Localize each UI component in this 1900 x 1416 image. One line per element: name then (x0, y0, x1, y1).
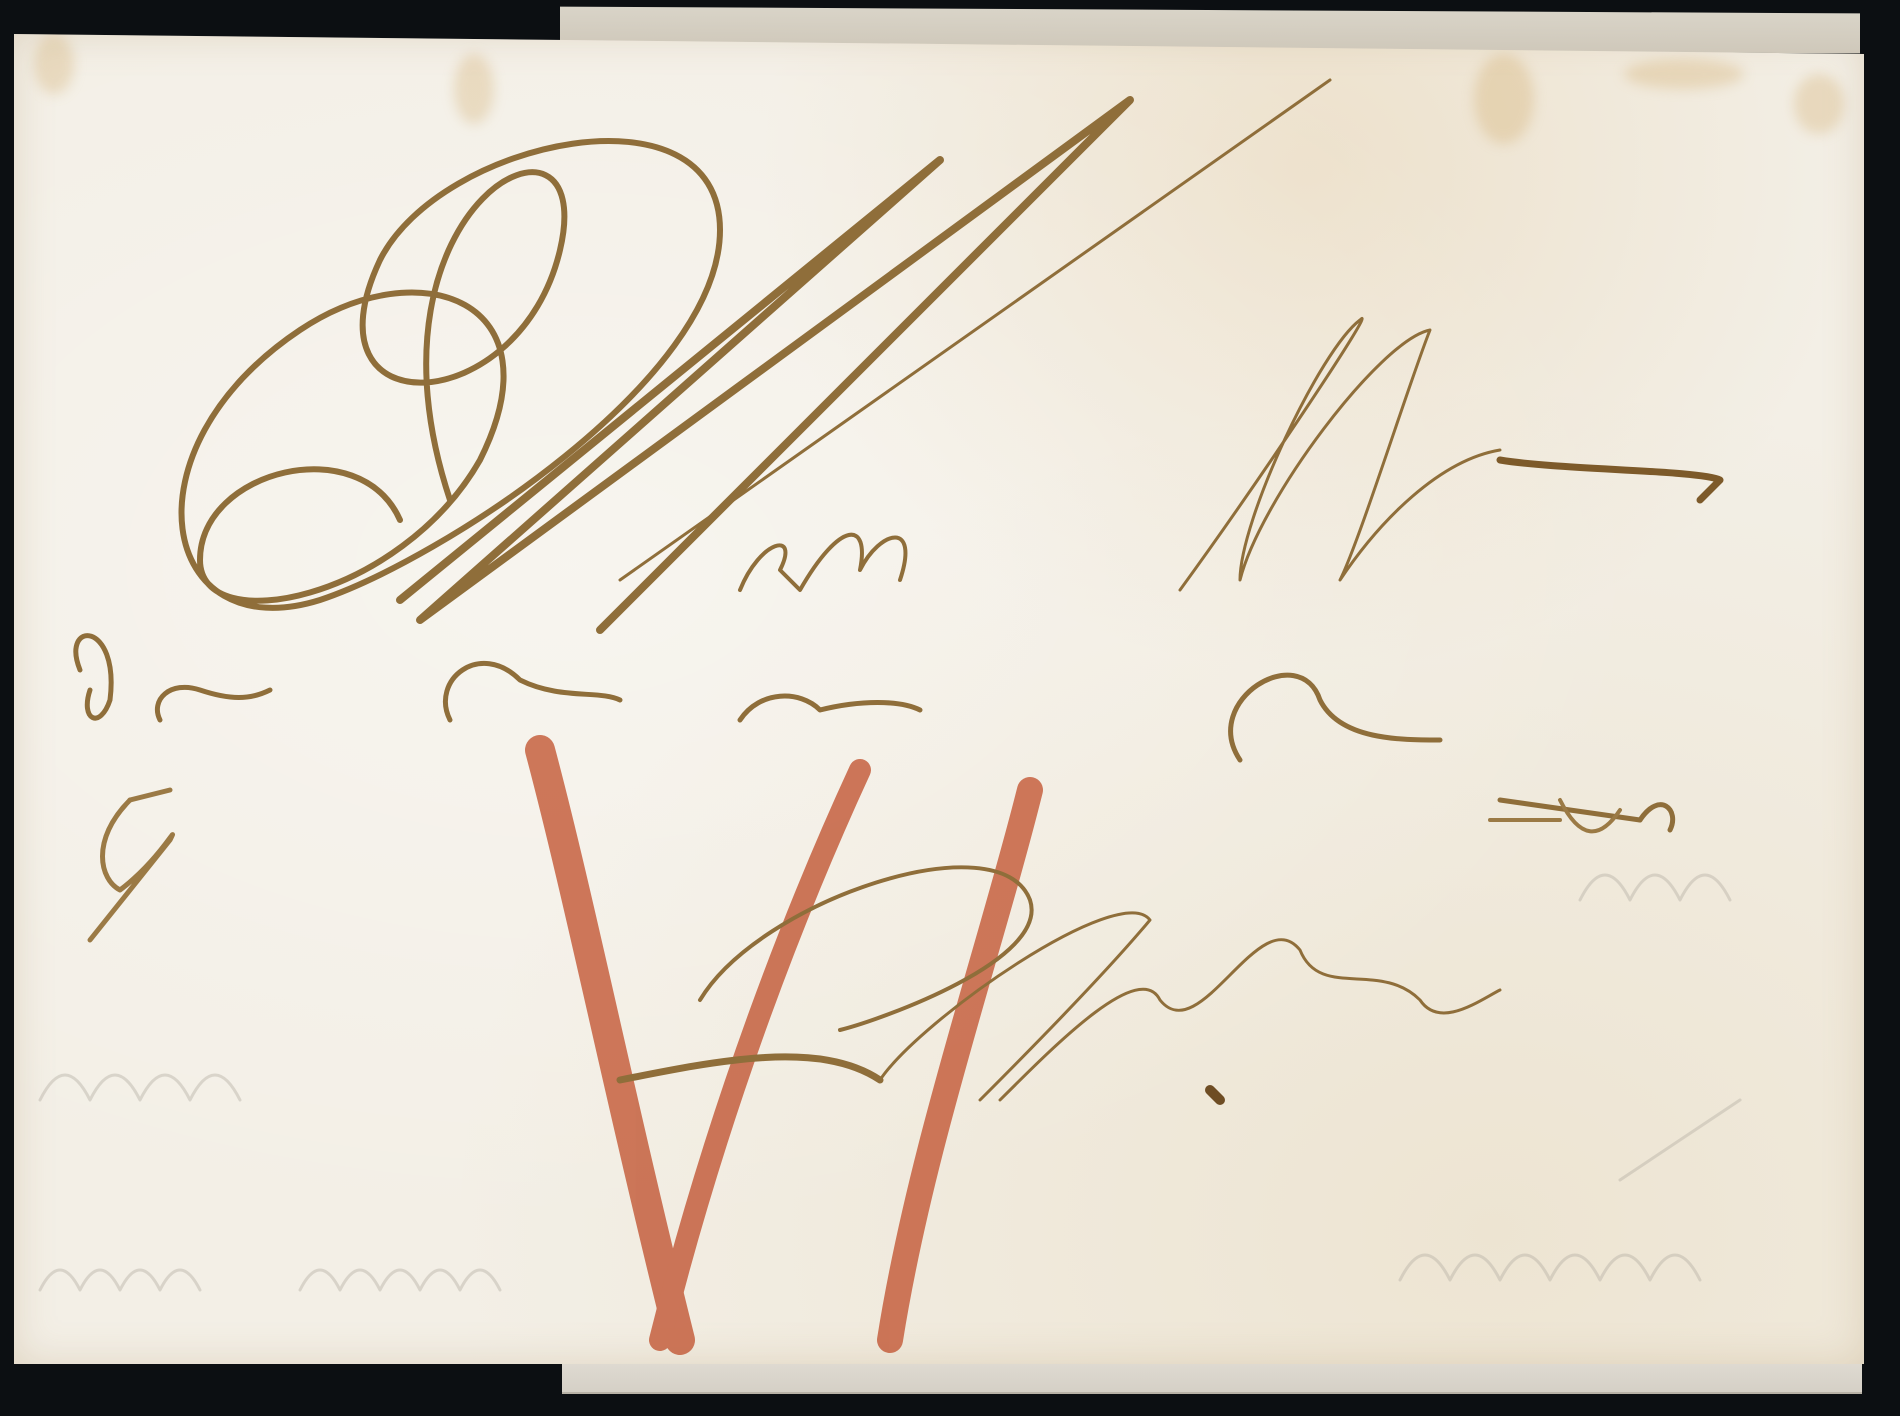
ink-mijn-heer (182, 80, 1720, 630)
ink-margin-mark (90, 790, 173, 940)
handwriting-layer (0, 0, 1900, 1416)
ink-address-line-2 (76, 636, 1673, 830)
red-crayon-rate-mark-v (540, 750, 1030, 1340)
show-through-writing (40, 875, 1740, 1290)
photograph: Mijn Heer d. Heer Bed. Bened. Dux tot Br… (0, 0, 1900, 1416)
